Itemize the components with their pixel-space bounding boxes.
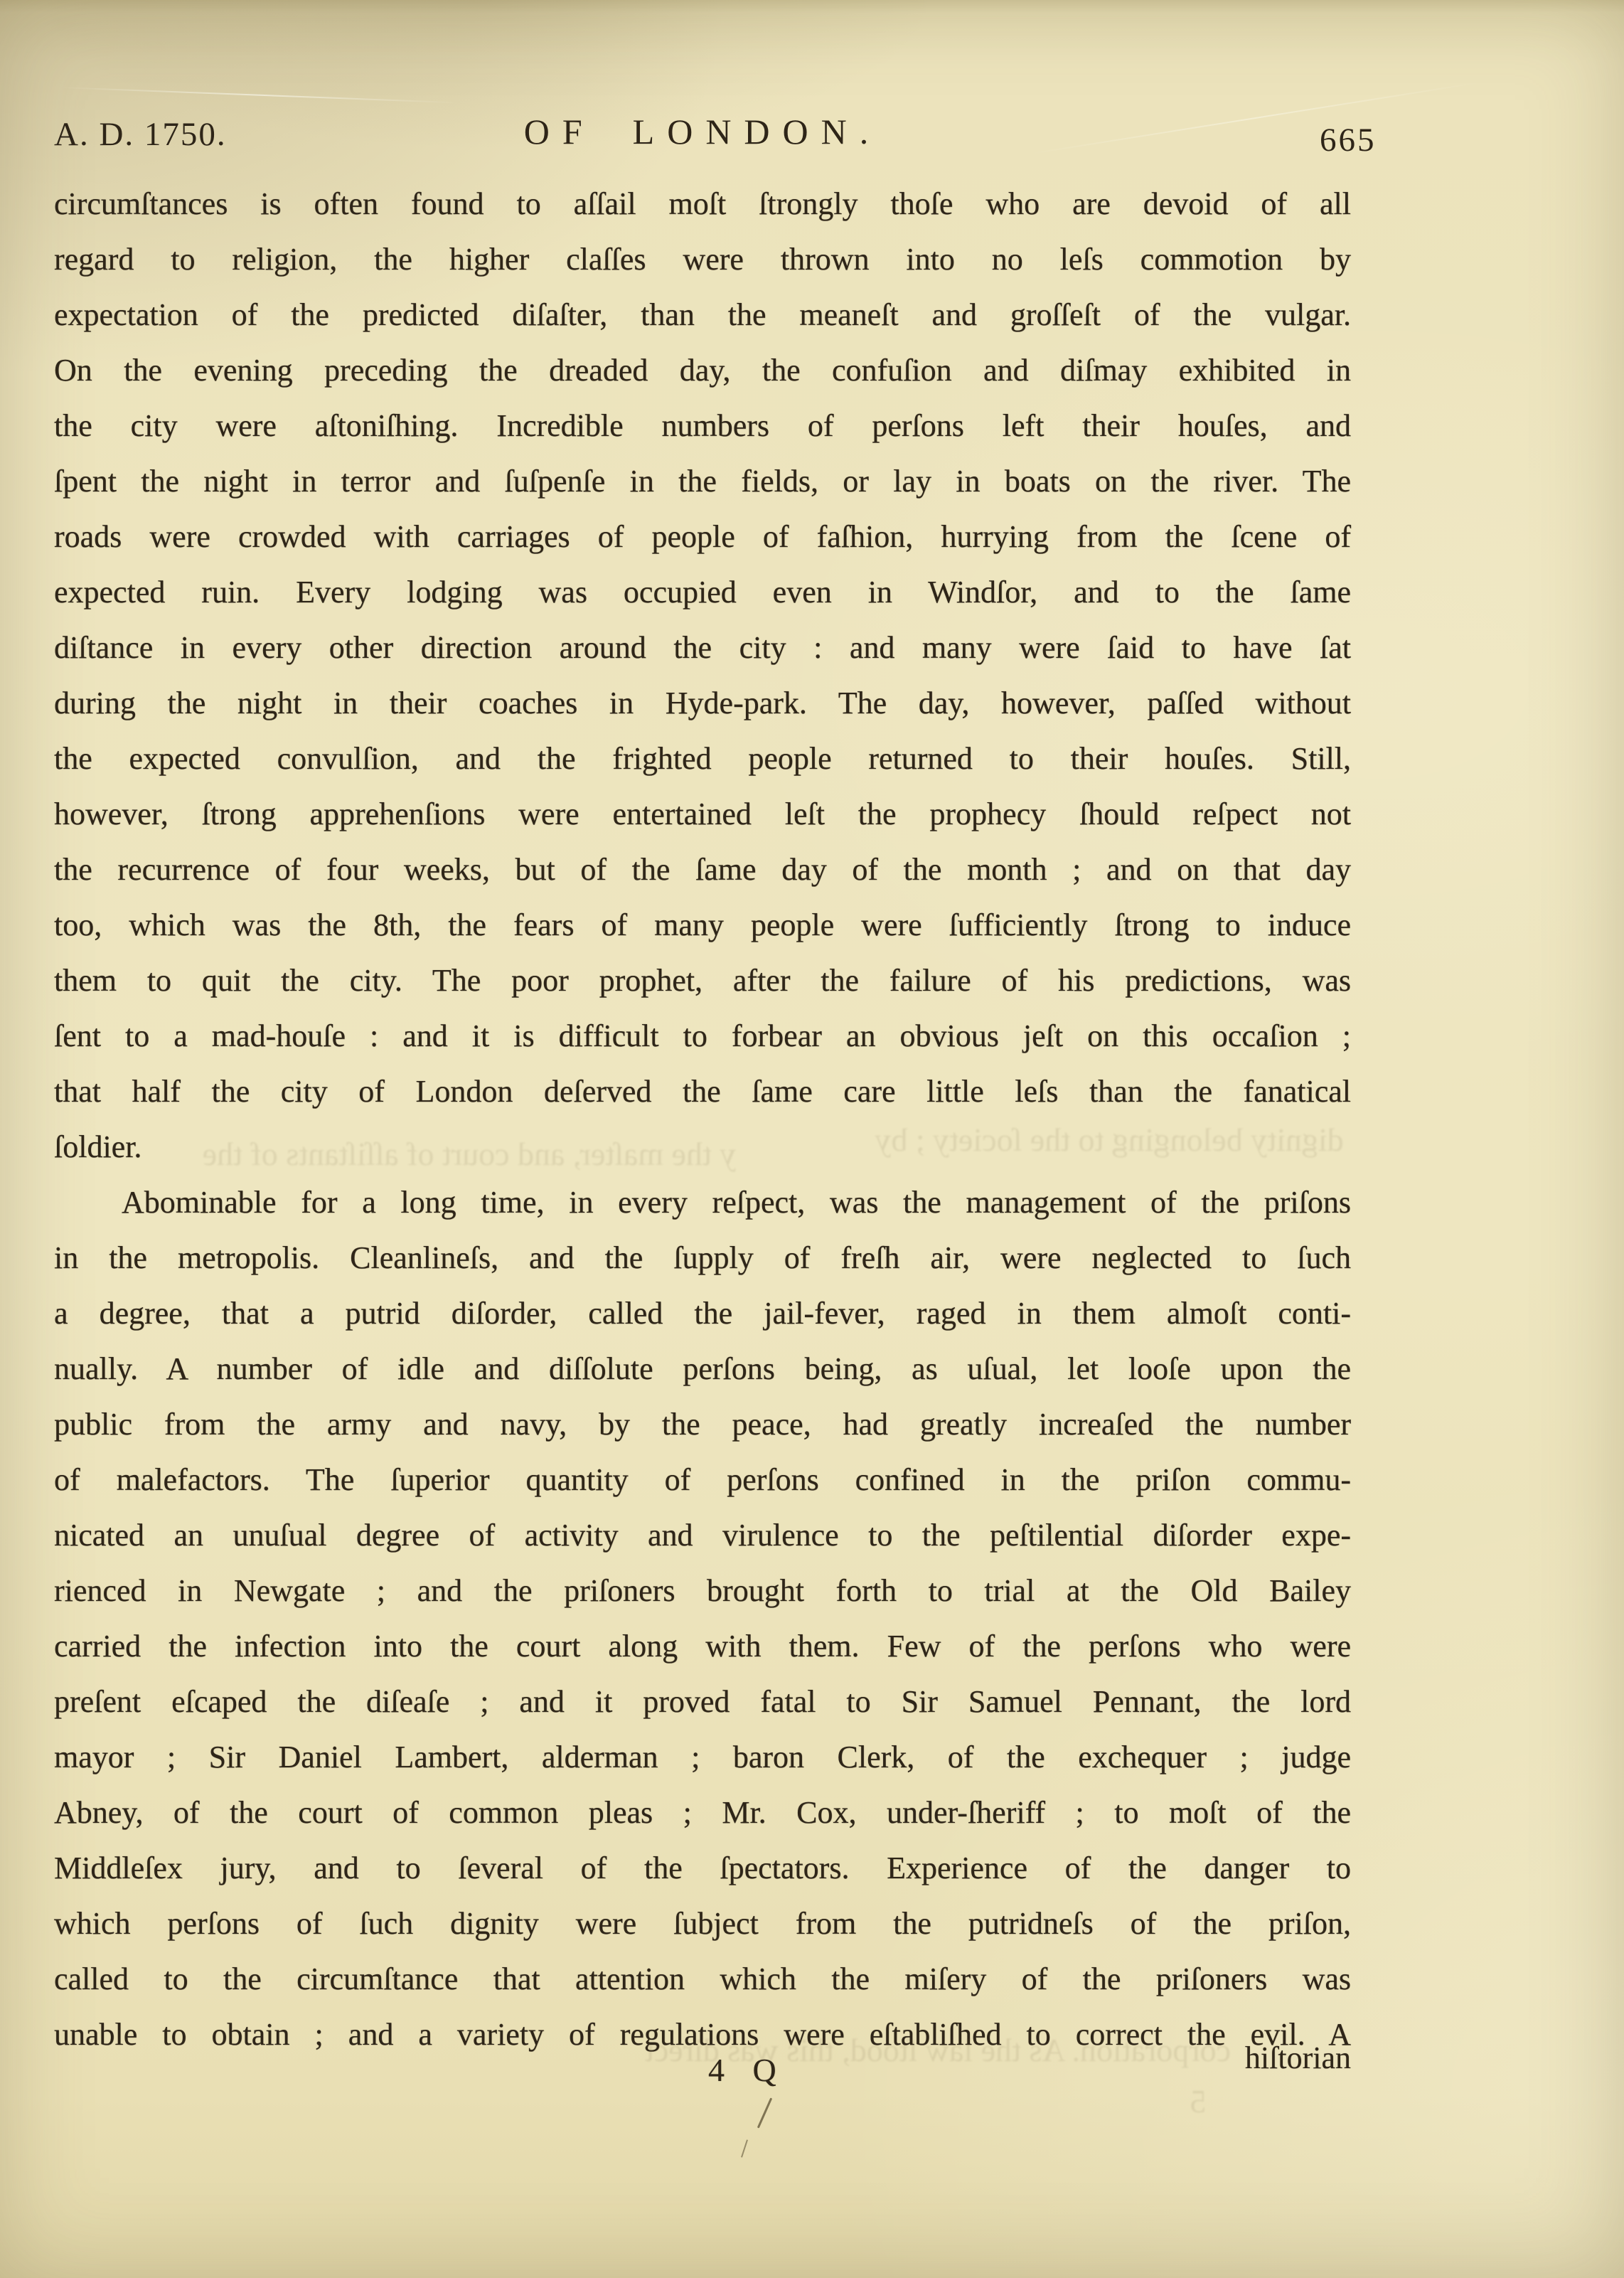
text-line: On the evening preceding the dreaded day… [54,343,1351,398]
text-line: diſtance in every other direction around… [54,620,1351,676]
paper-crease [60,87,459,103]
text-line: a degree, that a putrid diſorder, called… [54,1286,1351,1341]
ghost-text: 5 [1173,2082,1223,2120]
ink-stroke [757,2097,772,2128]
text-line: them to quit the city. The poor prophet,… [54,953,1351,1008]
text-line: roads were crowded with carriages of peo… [54,509,1351,565]
running-header-title: OF LONDON. [54,111,1351,152]
text-line: expectation of the predicted diſaſter, t… [54,287,1351,343]
text-line: public from the army and navy, by the pe… [54,1397,1351,1452]
text-line: circumſtances is often found to aſſail m… [54,176,1351,232]
text-line: of malefactors. The ſuperior quantity of… [54,1452,1351,1508]
text-line: expected ruin. Every lodging was occupie… [54,565,1351,620]
text-line: called to the circumſtance that attentio… [54,1952,1351,2007]
text-line: however, ſtrong apprehenſions were enter… [54,787,1351,842]
text-line: ſpent the night in terror and ſuſpenſe i… [54,454,1351,509]
text-line: that half the city of London deſerved th… [54,1064,1351,1119]
text-line: Middleſex jury, and to ſeveral of the ſp… [54,1841,1351,1896]
text-line: the city were aſtoniſhing. Incredible nu… [54,398,1351,454]
text-line: regard to religion, the higher claſſes w… [54,232,1351,287]
text-line: which perſons of ſuch dignity were ſubje… [54,1896,1351,1952]
text-line: ſent to a mad-houſe : and it is difficul… [54,1008,1351,1064]
body-text: circumſtances is often found to aſſail m… [54,176,1351,2063]
ink-stroke-small [741,2139,748,2157]
text-line: the recurrence of four weeks, but of the… [54,842,1351,898]
book-page-scan: A. D. 1750. OF LONDON. 665 circumſtances… [0,0,1624,2278]
text-line: Abominable for a long time, in every reſ… [54,1175,1351,1230]
text-line: preſent eſcaped the diſeaſe ; and it pro… [54,1674,1351,1730]
running-header: A. D. 1750. OF LONDON. 665 [54,111,1351,154]
page-number: 665 [1320,121,1377,159]
text-line: too, which was the 8th, the fears of man… [54,898,1351,953]
ghost-text: y the maſter, and court of aſſiſtants of… [85,1135,853,1173]
text-line: rienced in Newgate ; and the priſoners b… [54,1563,1351,1619]
text-line: carried the infection into the court alo… [54,1619,1351,1674]
ghost-text: dignity belonging to the ſociety ; by [875,1121,1344,1159]
ghost-text: corporation. As the law ſtood, this was … [529,2031,1347,2069]
text-line: Abney, of the court of common pleas ; Mr… [54,1785,1351,1841]
text-line: nicated an unuſual degree of activity an… [54,1508,1351,1563]
text-line: mayor ; Sir Daniel Lambert, alderman ; b… [54,1730,1351,1785]
text-line: nually. A number of idle and diſſolute p… [54,1341,1351,1397]
text-line: the expected convulſion, and the frighte… [54,731,1351,787]
text-line: during the night in their coaches in Hyd… [54,676,1351,731]
text-line: in the metropolis. Cleanlineſs, and the … [54,1230,1351,1286]
